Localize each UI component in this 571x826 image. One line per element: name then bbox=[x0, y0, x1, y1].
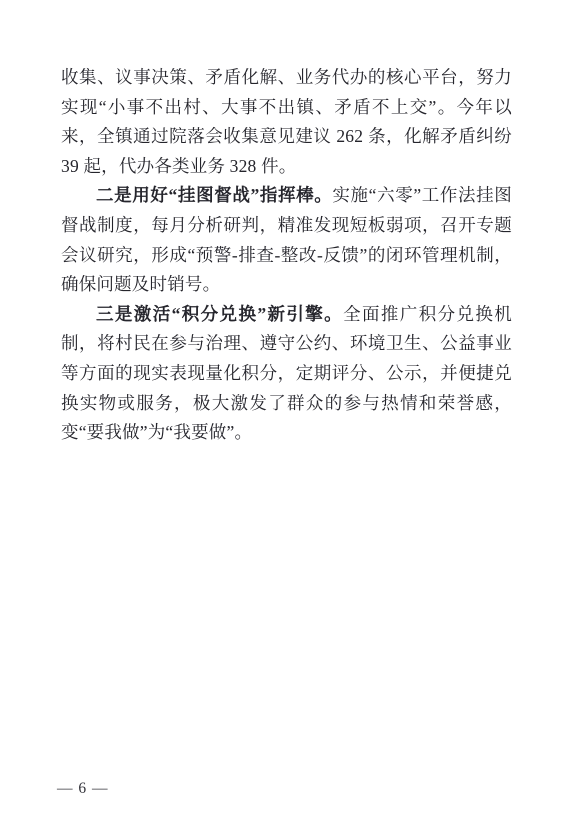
paragraph-text: 全面推广积分兑换机制，将村民在参与治理、遵守公约、环境卫生、公益事业等方面的现实… bbox=[61, 304, 512, 442]
paragraph-point-three: 三是激活“积分兑换”新引擎。全面推广积分兑换机制，将村民在参与治理、遵守公约、环… bbox=[61, 300, 512, 448]
page-number: — 6 — bbox=[57, 779, 109, 799]
document-page: 收集、议事决策、矛盾化解、业务代办的核心平台，努力实现“小事不出村、大事不出镇、… bbox=[0, 0, 571, 826]
paragraph-lead: 二是用好“挂图督战”指挥棒。 bbox=[96, 185, 332, 205]
paragraph-continuation: 收集、议事决策、矛盾化解、业务代办的核心平台，努力实现“小事不出村、大事不出镇、… bbox=[61, 63, 512, 181]
paragraph-point-two: 二是用好“挂图督战”指挥棒。实施“六零”工作法挂图督战制度，每月分析研判，精准发… bbox=[61, 181, 512, 299]
paragraph-lead: 三是激活“积分兑换”新引擎。 bbox=[96, 304, 343, 324]
paragraph-text: 收集、议事决策、矛盾化解、业务代办的核心平台，努力实现“小事不出村、大事不出镇、… bbox=[61, 67, 512, 176]
document-body: 收集、议事决策、矛盾化解、业务代办的核心平台，努力实现“小事不出村、大事不出镇、… bbox=[61, 63, 512, 448]
